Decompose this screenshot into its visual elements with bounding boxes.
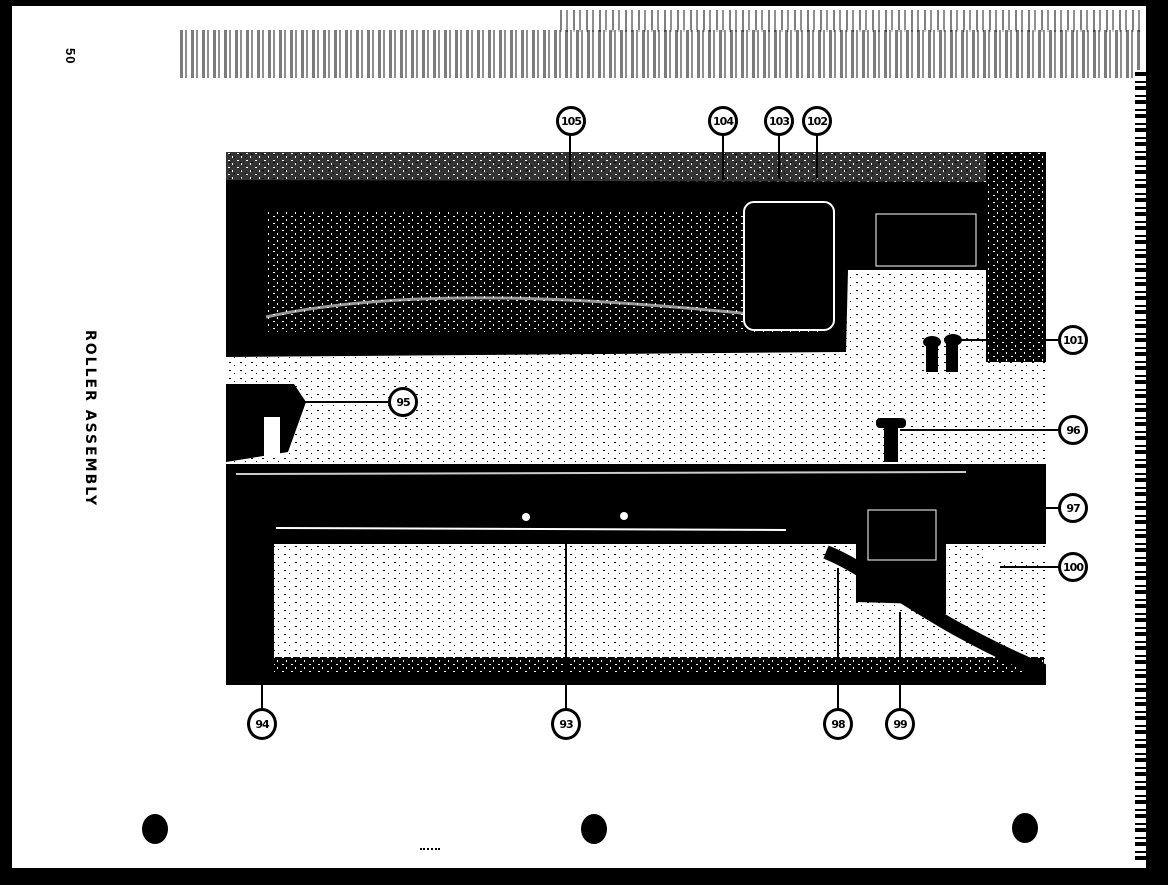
callout-102: 102 [802, 106, 832, 136]
callout-104: 104 [708, 106, 738, 136]
callout-95: 95 [388, 387, 418, 417]
scan-speck [420, 848, 440, 852]
callout-94: 94 [247, 708, 277, 740]
callout-100: 100 [1058, 552, 1088, 582]
callout-98: 98 [823, 708, 853, 740]
callout-105: 105 [556, 106, 586, 136]
binder-hole-left [142, 814, 168, 844]
leader-lines [0, 0, 1168, 885]
callout-96: 96 [1058, 415, 1088, 445]
callout-93: 93 [551, 708, 581, 740]
binder-hole-center [581, 814, 607, 844]
callout-103: 103 [764, 106, 794, 136]
callout-99: 99 [885, 708, 915, 740]
binder-hole-right [1012, 813, 1038, 843]
callout-97: 97 [1058, 493, 1088, 523]
callout-101: 101 [1058, 325, 1088, 355]
